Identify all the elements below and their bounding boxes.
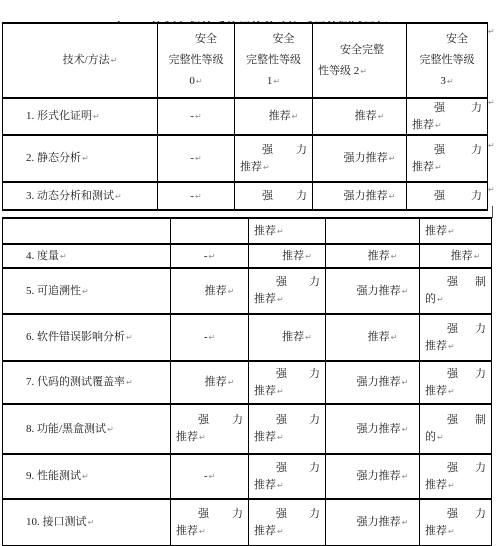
table-cell: -↵ [158, 99, 235, 134]
cell-value-line1: 强力 [249, 412, 325, 429]
paragraph-mark-icon: ↵ [195, 192, 202, 201]
cell-text: 推荐 [425, 525, 447, 537]
cell-text: 制 [475, 274, 486, 291]
cell-text: 力 [475, 366, 486, 383]
cell-value-line1: 强力 [420, 460, 491, 477]
cell-text: 推荐 [425, 385, 447, 397]
cell-text: - [204, 250, 208, 262]
table-cell: 推荐↵ [420, 219, 491, 243]
cell-text: 9. 性能测试 [26, 470, 81, 482]
table-cell: 推荐↵ [249, 315, 326, 360]
row-label-cell: 4. 度量↵ [3, 245, 171, 267]
cell-text: 力 [296, 142, 307, 159]
cell-text: 推荐 [425, 225, 447, 237]
paragraph-mark-icon: ↵ [208, 472, 215, 481]
cell-text: 完整性等级 [169, 54, 224, 66]
cell-text: 的 [425, 431, 436, 443]
cell-value: 推荐↵ [249, 329, 325, 346]
row-end-mark-icon: ↵ [488, 185, 495, 194]
cell-text: 强 [447, 412, 458, 429]
cell-text: 强力推荐 [357, 285, 401, 297]
cell-value: 强力推荐↵ [326, 514, 419, 531]
cell-text: - [190, 152, 194, 164]
paragraph-mark-icon: ↵ [93, 112, 100, 121]
cell-text: 完整性等级 [420, 54, 475, 66]
cell-value: 强力推荐↵ [313, 188, 406, 205]
header-line: 0↵ [158, 71, 234, 92]
table-cell: 推荐↵ [249, 245, 326, 267]
cell-text: 强 [447, 460, 458, 477]
cell-value-line2: 推荐↵ [249, 523, 325, 540]
cell-text: 强 [276, 274, 287, 291]
paragraph-mark-icon: ↵ [360, 67, 367, 76]
cell-text: 推荐 [451, 250, 473, 262]
paragraph-mark-icon: ↵ [208, 333, 215, 342]
row-end-mark-icon: ↵ [488, 98, 495, 107]
paragraph-mark-icon: ↵ [277, 387, 284, 396]
cell-value: 强力推荐↵ [326, 283, 419, 300]
cell-value: 推荐↵ [313, 108, 406, 125]
paragraph-mark-icon: ↵ [195, 112, 202, 121]
cell-value: 强力推荐↵ [326, 468, 419, 485]
cell-text: 力 [232, 412, 243, 429]
cell-value: -↵ [171, 329, 248, 346]
table-cell: 推荐↵ [313, 99, 407, 134]
header-line: 完整性等级 [158, 50, 234, 71]
paragraph-mark-icon: ↵ [448, 342, 455, 351]
cell-value-line1: 强力 [407, 142, 487, 159]
cell-text: 性等级 2 [318, 65, 359, 77]
table-row: 3. 动态分析和测试↵-↵强力强力推荐↵强力 [3, 183, 487, 209]
cell-value-line2: 推荐↵ [249, 291, 325, 308]
cell-text: - [204, 331, 208, 343]
cell-value-line1: 强力 [235, 142, 312, 159]
cell-value-line1: 强力 [407, 188, 487, 205]
table-row: 2. 静态分析↵-↵强力推荐↵强力推荐↵强力推荐↵ [3, 136, 487, 183]
cell-value-line2: 的↵ [420, 429, 491, 446]
paragraph-mark-icon: ↵ [277, 295, 284, 304]
table-cell: 强力推荐↵ [407, 136, 487, 181]
cell-text: 推荐 [282, 331, 304, 343]
paragraph-mark-icon: ↵ [228, 378, 235, 387]
table-cell: 推荐↵ [235, 99, 313, 134]
table-row: 8. 功能/黑盒测试↵强力推荐↵强力推荐↵强力推荐↵强制的↵ [3, 405, 491, 455]
cell-text: 力 [309, 506, 320, 523]
cell-text: - [204, 470, 208, 482]
cell-text: 推荐 [412, 119, 434, 131]
cell-text: 7. 代码的测试覆盖率 [26, 376, 125, 388]
cell-value: 推荐↵ [249, 248, 325, 265]
table-2: 推荐↵推荐↵4. 度量↵-↵推荐↵推荐↵推荐↵5. 可追溯性↵推荐↵强力推荐↵强… [2, 217, 492, 546]
table-cell: 推荐↵ [249, 219, 326, 243]
cell-text: 推荐 [176, 525, 198, 537]
cell-text: 强力推荐 [344, 152, 388, 164]
table-cell: 推荐↵ [420, 245, 491, 267]
cell-value-line1: 强制 [420, 412, 491, 429]
paragraph-mark-icon: ↵ [82, 287, 89, 296]
cell-text: 推荐 [205, 376, 227, 388]
header-line: 完整性等级 [407, 50, 487, 71]
paragraph-mark-icon: ↵ [277, 527, 284, 536]
cell-text: 强 [434, 100, 445, 117]
cell-text: 强 [276, 506, 287, 523]
cell-text: 5. 可追溯性 [26, 285, 81, 297]
cell-text: 完整性等级 [246, 54, 301, 66]
header-line: 3↵ [407, 71, 487, 92]
cell-text: 力 [309, 460, 320, 477]
page-break-line [492, 206, 493, 218]
cell-text: 强 [198, 506, 209, 523]
cell-text: - [190, 190, 194, 202]
table-cell: 强力推荐↵ [326, 269, 420, 313]
cell-value-line1: 强力 [420, 506, 491, 523]
cell-value-line1: 强力 [249, 506, 325, 523]
cell-value: 推荐↵ [326, 329, 419, 346]
paragraph-mark-icon: ↵ [107, 425, 114, 434]
cell-value: 推荐↵ [420, 248, 491, 265]
paragraph-mark-icon: ↵ [474, 252, 481, 261]
paragraph-mark-icon: ↵ [389, 154, 396, 163]
paragraph-mark-icon: ↵ [60, 252, 67, 261]
paragraph-mark-icon: ↵ [126, 333, 133, 342]
paragraph-mark-icon: ↵ [199, 433, 206, 442]
cell-text: 推荐 [269, 110, 291, 122]
cell-text: 强 [262, 188, 273, 205]
cell-value: 推荐↵ [171, 283, 248, 300]
table-cell [326, 219, 420, 243]
table-cell: 强力推荐↵ [171, 405, 249, 453]
cell-value-line2: 推荐↵ [171, 523, 248, 540]
document-page: 表 2-2 控制和保护系统用软件建议采用的测试目标↵ 技术/方法↵安全完整性等级… [0, 0, 496, 546]
row-label: 3. 动态分析和测试↵ [3, 188, 157, 205]
table-cell: 强力推荐↵ [235, 136, 313, 181]
cell-value: 推荐↵ [326, 248, 419, 265]
cell-text: 强 [262, 142, 273, 159]
cell-text: 推荐 [254, 225, 276, 237]
cell-text: 强 [447, 366, 458, 383]
table-cell: 强力推荐↵ [249, 405, 326, 453]
row-label-cell: 1. 形式化证明↵ [3, 99, 158, 134]
header-line: 安全 [235, 29, 312, 50]
cell-value: -↵ [158, 150, 234, 167]
cell-value: 推荐↵ [171, 374, 248, 391]
table-cell: 强力推荐↵ [249, 500, 326, 545]
paragraph-mark-icon: ↵ [195, 154, 202, 163]
header-line: 安全 [407, 29, 487, 50]
cell-text: 推荐 [254, 431, 276, 443]
cell-text: 1 [267, 75, 273, 87]
cell-value-line2: 推荐↵ [420, 383, 491, 400]
table-cell: -↵ [171, 315, 249, 360]
row-label: 5. 可追溯性↵ [3, 283, 170, 300]
paragraph-mark-icon: ↵ [402, 425, 409, 434]
cell-text: 强 [434, 188, 445, 205]
row-label: 2. 静态分析↵ [3, 150, 157, 167]
row-label: 7. 代码的测试覆盖率↵ [3, 374, 170, 391]
row-label: 6. 软件错误影响分析↵ [3, 329, 170, 346]
cell-text: 强 [447, 321, 458, 338]
cell-value: -↵ [171, 248, 248, 265]
cell-text: 强力推荐 [357, 470, 401, 482]
table-cell: 推荐↵ [171, 269, 249, 313]
cell-text: 推荐 [254, 385, 276, 397]
row-end-mark-icon: ↵ [488, 27, 495, 36]
table-cell: 推荐↵ [326, 315, 420, 360]
cell-text: 推荐 [282, 250, 304, 262]
paragraph-mark-icon: ↵ [263, 163, 270, 172]
cell-value-line2: 推荐↵ [235, 159, 312, 176]
table-cell: 推荐↵ [326, 245, 420, 267]
cell-value-line1: 强力 [249, 366, 325, 383]
header-cell: 安全完整性等级3↵ [407, 24, 487, 97]
cell-value-line2: 推荐↵ [249, 429, 325, 446]
cell-text: 10. 接口测试 [26, 516, 87, 528]
cell-text: 推荐 [176, 431, 198, 443]
cell-text: 推荐 [355, 110, 377, 122]
cell-text: 推荐 [254, 293, 276, 305]
cell-text: 强力推荐 [357, 516, 401, 528]
row-label-cell: 3. 动态分析和测试↵ [3, 183, 158, 209]
paragraph-mark-icon: ↵ [305, 252, 312, 261]
paragraph-mark-icon: ↵ [199, 527, 206, 536]
cell-text: 力 [309, 274, 320, 291]
cell-text: 强 [434, 142, 445, 159]
header-cell: 安全完整性等级 2↵ [313, 24, 407, 97]
table-row: 10. 接口测试↵强力推荐↵强力推荐↵强力推荐↵强力推荐↵ [3, 500, 491, 545]
table-cell: 强力推荐↵ [313, 183, 407, 209]
cell-value-line1: 强力 [235, 188, 312, 205]
cell-value-line1: 强力 [249, 460, 325, 477]
cell-text: 强力推荐 [357, 423, 401, 435]
paragraph-mark-icon: ↵ [88, 518, 95, 527]
cell-text: 的 [425, 293, 436, 305]
cell-text: 力 [309, 412, 320, 429]
paragraph-mark-icon: ↵ [292, 112, 299, 121]
cell-text: 强 [447, 506, 458, 523]
table-row: 5. 可追溯性↵推荐↵强力推荐↵强力推荐↵强制的↵ [3, 269, 491, 315]
cell-value-line1: 强力 [171, 412, 248, 429]
cell-text: 力 [471, 142, 482, 159]
table-cell: 强力推荐↵ [407, 99, 487, 134]
table-row: 1. 形式化证明↵-↵推荐↵推荐↵强力推荐↵ [3, 99, 487, 136]
row-label: 9. 性能测试↵ [3, 468, 170, 485]
paragraph-mark-icon: ↵ [208, 252, 215, 261]
table-cell: 强力推荐↵ [420, 500, 491, 545]
cell-value-line2: 推荐↵ [407, 159, 487, 176]
cell-text: 推荐 [412, 161, 434, 173]
cell-text: 力 [309, 366, 320, 383]
table-cell: 强力推荐↵ [249, 455, 326, 498]
table-cell: 强力推荐↵ [326, 362, 420, 403]
cell-value-line2: 推荐↵ [407, 117, 487, 134]
paragraph-mark-icon: ↵ [435, 163, 442, 172]
cell-text: 强力推荐 [344, 190, 388, 202]
row-label-cell: 6. 软件错误影响分析↵ [3, 315, 171, 360]
paragraph-mark-icon: ↵ [448, 527, 455, 536]
row-label-cell: 7. 代码的测试覆盖率↵ [3, 362, 171, 403]
header-line: 安全完整 [313, 40, 406, 61]
paragraph-mark-icon: ↵ [448, 481, 455, 490]
cell-text: 强 [198, 412, 209, 429]
cell-text: 4. 度量 [26, 250, 59, 262]
table-cell: 强力推荐↵ [420, 455, 491, 498]
cell-value-line1: 强力 [420, 366, 491, 383]
table-row: 9. 性能测试↵-↵强力推荐↵强力推荐↵强力推荐↵ [3, 455, 491, 500]
row-label: 10. 接口测试↵ [3, 514, 170, 531]
paragraph-mark-icon: ↵ [277, 433, 284, 442]
table-cell: 强力推荐↵ [420, 315, 491, 360]
header-cell: 技术/方法↵ [3, 24, 158, 97]
table-cell: 强力推荐↵ [326, 500, 420, 545]
table-cell: 强力推荐↵ [171, 500, 249, 545]
cell-value-line2: 推荐↵ [249, 477, 325, 494]
paragraph-mark-icon: ↵ [402, 287, 409, 296]
paragraph-mark-icon: ↵ [437, 433, 444, 442]
header-cell: 安全完整性等级1↵ [235, 24, 313, 97]
table-cell: 强力推荐↵ [313, 136, 407, 181]
cell-text: 1. 形式化证明 [26, 110, 92, 122]
cell-value-line1: 强力 [407, 100, 487, 117]
cell-value: -↵ [158, 188, 234, 205]
header-line: 1↵ [235, 71, 312, 92]
paragraph-mark-icon: ↵ [448, 387, 455, 396]
header-row: 技术/方法↵安全完整性等级0↵安全完整性等级1↵安全完整性等级 2↵安全完整性等… [3, 24, 487, 99]
cell-value: 强力推荐↵ [313, 150, 406, 167]
paragraph-mark-icon: ↵ [448, 227, 455, 236]
paragraph-mark-icon: ↵ [82, 154, 89, 163]
table-row: 7. 代码的测试覆盖率↵推荐↵强力推荐↵强力推荐↵强力推荐↵ [3, 362, 491, 405]
table-cell [171, 219, 249, 243]
cell-text: 推荐 [254, 479, 276, 491]
table-cell: -↵ [171, 455, 249, 498]
row-label-cell: 9. 性能测试↵ [3, 455, 171, 498]
table-cell: 强力推荐↵ [249, 269, 326, 313]
cell-text: 推荐 [368, 250, 390, 262]
cell-text: 3 [440, 75, 446, 87]
cell-text: 8. 功能/黑盒测试 [26, 423, 106, 435]
table-cell: 强力 [235, 183, 313, 209]
cell-text: 推荐 [205, 285, 227, 297]
cell-text: 力 [232, 506, 243, 523]
row-label-cell: 5. 可追溯性↵ [3, 269, 171, 313]
paragraph-mark-icon: ↵ [447, 77, 454, 86]
paragraph-mark-icon: ↵ [402, 518, 409, 527]
cell-text: 6. 软件错误影响分析 [26, 331, 125, 343]
cell-text: 推荐 [425, 340, 447, 352]
cell-value: 推荐↵ [249, 223, 325, 240]
row-label-cell: 2. 静态分析↵ [3, 136, 158, 181]
table-1: 技术/方法↵安全完整性等级0↵安全完整性等级1↵安全完整性等级 2↵安全完整性等… [2, 22, 488, 211]
table-row: 推荐↵推荐↵ [3, 219, 491, 245]
cell-text: 0 [189, 75, 195, 87]
header-line: 完整性等级 [235, 50, 312, 71]
cell-text: 力 [471, 100, 482, 117]
cell-value-line2: 推荐↵ [420, 523, 491, 540]
table-cell: -↵ [171, 245, 249, 267]
table-cell: 强力 [407, 183, 487, 209]
cell-text: 力 [471, 188, 482, 205]
cell-text: 推荐 [240, 161, 262, 173]
paragraph-mark-icon: ↵ [273, 77, 280, 86]
cell-text: 技术/方法 [63, 54, 110, 66]
cell-value-line1: 强力 [249, 274, 325, 291]
cell-text: 3. 动态分析和测试 [26, 190, 114, 202]
cell-text: 力 [475, 460, 486, 477]
cell-text: 安全 [273, 33, 295, 45]
table-cell: 强力推荐↵ [326, 455, 420, 498]
cell-value-line2: 推荐↵ [420, 477, 491, 494]
row-label-cell: 10. 接口测试↵ [3, 500, 171, 545]
row-label: 1. 形式化证明↵ [3, 108, 157, 125]
header-line: 安全 [158, 29, 234, 50]
cell-value-line2: 推荐↵ [420, 338, 491, 355]
cell-value: -↵ [171, 468, 248, 485]
row-end-mark-icon: ↵ [488, 141, 495, 150]
paragraph-mark-icon: ↵ [378, 112, 385, 121]
paragraph-mark-icon: ↵ [391, 333, 398, 342]
cell-text: 强 [276, 412, 287, 429]
row-label: 8. 功能/黑盒测试↵ [3, 421, 170, 438]
paragraph-mark-icon: ↵ [228, 287, 235, 296]
cell-text: 安全 [195, 33, 217, 45]
paragraph-mark-icon: ↵ [111, 56, 118, 65]
table-cell: -↵ [158, 136, 235, 181]
row-label-cell: 8. 功能/黑盒测试↵ [3, 405, 171, 453]
cell-text: 推荐 [425, 479, 447, 491]
cell-text: 强 [447, 274, 458, 291]
table-cell: -↵ [158, 183, 235, 209]
cell-text: 力 [475, 506, 486, 523]
table-cell [3, 219, 171, 243]
cell-value: 强力推荐↵ [326, 421, 419, 438]
paragraph-mark-icon: ↵ [435, 121, 442, 130]
cell-value: 强力推荐↵ [326, 374, 419, 391]
cell-text: 推荐 [368, 331, 390, 343]
header-cell: 安全完整性等级0↵ [158, 24, 235, 97]
header-line: 性等级 2↵ [313, 61, 406, 82]
cell-text: 强力推荐 [357, 376, 401, 388]
cell-text: 制 [475, 412, 486, 429]
cell-text: 推荐 [254, 525, 276, 537]
table-cell: 强力推荐↵ [326, 405, 420, 453]
header-label: 技术/方法↵ [3, 50, 157, 71]
cell-value: 推荐↵ [420, 223, 491, 240]
paragraph-mark-icon: ↵ [402, 378, 409, 387]
paragraph-mark-icon: ↵ [402, 472, 409, 481]
table-cell: 强制的↵ [420, 405, 491, 453]
table-cell: 强力推荐↵ [420, 362, 491, 403]
paragraph-mark-icon: ↵ [82, 472, 89, 481]
row-label: 4. 度量↵ [3, 248, 170, 265]
paragraph-mark-icon: ↵ [389, 192, 396, 201]
cell-text: 强 [276, 460, 287, 477]
table-row: 6. 软件错误影响分析↵-↵推荐↵推荐↵强力推荐↵ [3, 315, 491, 362]
cell-value-line1: 强力 [420, 321, 491, 338]
cell-value-line2: 推荐↵ [249, 383, 325, 400]
paragraph-mark-icon: ↵ [126, 378, 133, 387]
table-cell: 强制的↵ [420, 269, 491, 313]
paragraph-mark-icon: ↵ [115, 192, 122, 201]
cell-value: 推荐↵ [235, 108, 312, 125]
paragraph-mark-icon: ↵ [196, 77, 203, 86]
cell-text: 2. 静态分析 [26, 152, 81, 164]
cell-text: - [190, 110, 194, 122]
cell-text: 强 [276, 366, 287, 383]
paragraph-mark-icon: ↵ [277, 481, 284, 490]
cell-text: 力 [296, 188, 307, 205]
cell-value-line1: 强力 [171, 506, 248, 523]
cell-value-line2: 推荐↵ [171, 429, 248, 446]
